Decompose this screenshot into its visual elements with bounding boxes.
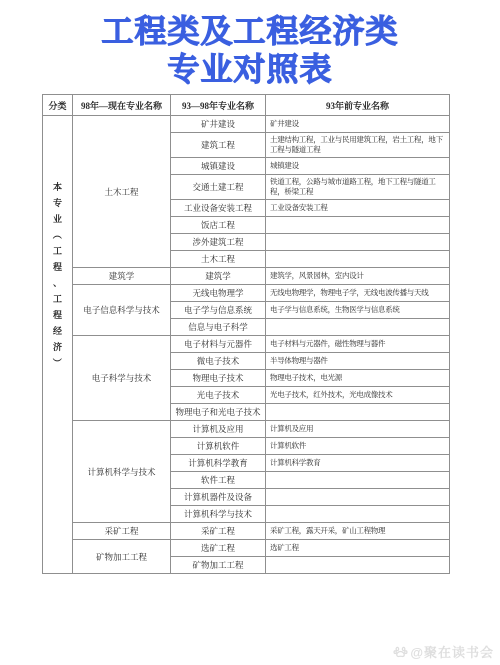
major-93-98-cell: 物理电子技术: [171, 370, 266, 387]
major-pre-93-cell: [266, 319, 450, 336]
current-major-cell: 矿物加工工程: [73, 540, 171, 574]
major-93-98-cell: 矿井建设: [171, 116, 266, 133]
major-pre-93-cell: [266, 404, 450, 421]
major-pre-93-cell: 电子材料与元器件，磁性物理与器件: [266, 336, 450, 353]
major-pre-93-cell: [266, 472, 450, 489]
page-title-line2: 专业对照表: [0, 50, 500, 88]
watermark-text: @聚在读书会: [410, 642, 494, 661]
major-pre-93-cell: 无线电物理学，物理电子学，无线电波传播与天线: [266, 285, 450, 302]
major-93-98-cell: 计算机科学与技术: [171, 506, 266, 523]
page-title-line1: 工程类及工程经济类: [0, 12, 500, 50]
major-93-98-cell: 采矿工程: [171, 523, 266, 540]
major-93-98-cell: 电子材料与元器件: [171, 336, 266, 353]
table-row: 电子科学与技术电子材料与元器件电子材料与元器件，磁性物理与器件: [43, 336, 450, 353]
table-row: 本专业（工程、工程经济）土木工程矿井建设矿井建设: [43, 116, 450, 133]
major-93-98-cell: 城镇建设: [171, 158, 266, 175]
major-93-98-cell: 电子学与信息系统: [171, 302, 266, 319]
major-93-98-cell: 矿物加工工程: [171, 557, 266, 574]
watermark: @聚在读书会: [393, 642, 494, 661]
col-header-93-98: 93—98年专业名称: [171, 95, 266, 116]
major-pre-93-cell: 计算机科学教育: [266, 455, 450, 472]
major-93-98-cell: 光电子技术: [171, 387, 266, 404]
major-93-98-cell: 建筑工程: [171, 133, 266, 158]
major-pre-93-cell: 电子学与信息系统，生物医学与信息系统: [266, 302, 450, 319]
major-93-98-cell: 土木工程: [171, 251, 266, 268]
major-pre-93-cell: [266, 234, 450, 251]
major-93-98-cell: 计算机科学教育: [171, 455, 266, 472]
major-pre-93-cell: 铁道工程，公路与城市道路工程，地下工程与隧道工程，桥梁工程: [266, 175, 450, 200]
current-major-cell: 计算机科学与技术: [73, 421, 171, 523]
major-93-98-cell: 计算机及应用: [171, 421, 266, 438]
major-pre-93-cell: 工业设备安装工程: [266, 200, 450, 217]
major-pre-93-cell: 建筑学，风景园林，室内设计: [266, 268, 450, 285]
col-header-current: 98年—现在专业名称: [73, 95, 171, 116]
major-pre-93-cell: [266, 251, 450, 268]
major-93-98-cell: 交通土建工程: [171, 175, 266, 200]
category-vertical-label: 本专业（工程、工程经济）: [43, 180, 72, 369]
category-cell: 本专业（工程、工程经济）: [43, 116, 73, 574]
major-pre-93-cell: 城镇建设: [266, 158, 450, 175]
major-pre-93-cell: [266, 506, 450, 523]
table-row: 建筑学建筑学建筑学，风景园林，室内设计: [43, 268, 450, 285]
header-row: 分类 98年—现在专业名称 93—98年专业名称 93年前专业名称: [43, 95, 450, 116]
major-93-98-cell: 饭店工程: [171, 217, 266, 234]
paw-icon: [393, 644, 408, 659]
major-93-98-cell: 物理电子和光电子技术: [171, 404, 266, 421]
major-pre-93-cell: 矿井建设: [266, 116, 450, 133]
table-row: 采矿工程采矿工程采矿工程，露天开采，矿山工程物理: [43, 523, 450, 540]
major-93-98-cell: 建筑学: [171, 268, 266, 285]
current-major-cell: 建筑学: [73, 268, 171, 285]
major-93-98-cell: 微电子技术: [171, 353, 266, 370]
table-row: 计算机科学与技术计算机及应用计算机及应用: [43, 421, 450, 438]
major-pre-93-cell: 采矿工程，露天开采，矿山工程物理: [266, 523, 450, 540]
current-major-cell: 采矿工程: [73, 523, 171, 540]
major-93-98-cell: 选矿工程: [171, 540, 266, 557]
major-pre-93-cell: 计算机及应用: [266, 421, 450, 438]
major-93-98-cell: 涉外建筑工程: [171, 234, 266, 251]
major-93-98-cell: 工业设备安装工程: [171, 200, 266, 217]
major-pre-93-cell: 计算机软件: [266, 438, 450, 455]
major-93-98-cell: 无线电物理学: [171, 285, 266, 302]
major-pre-93-cell: 土建结构工程，工业与民用建筑工程，岩土工程，地下工程与隧道工程: [266, 133, 450, 158]
major-93-98-cell: 软件工程: [171, 472, 266, 489]
col-header-pre-93: 93年前专业名称: [266, 95, 450, 116]
major-pre-93-cell: 半导体物理与器件: [266, 353, 450, 370]
major-pre-93-cell: 选矿工程: [266, 540, 450, 557]
major-pre-93-cell: [266, 557, 450, 574]
major-pre-93-cell: 光电子技术，红外技术，光电成像技术: [266, 387, 450, 404]
current-major-cell: 电子信息科学与技术: [73, 285, 171, 336]
table-row: 电子信息科学与技术无线电物理学无线电物理学，物理电子学，无线电波传播与天线: [43, 285, 450, 302]
table-row: 矿物加工工程选矿工程选矿工程: [43, 540, 450, 557]
major-pre-93-cell: 物理电子技术，电光源: [266, 370, 450, 387]
table-body: 本专业（工程、工程经济）土木工程矿井建设矿井建设建筑工程土建结构工程，工业与民用…: [43, 116, 450, 574]
major-93-98-cell: 信息与电子科学: [171, 319, 266, 336]
current-major-cell: 电子科学与技术: [73, 336, 171, 421]
col-header-category: 分类: [43, 95, 73, 116]
page-title: 工程类及工程经济类 专业对照表: [0, 0, 500, 88]
major-pre-93-cell: [266, 489, 450, 506]
comparison-table: 分类 98年—现在专业名称 93—98年专业名称 93年前专业名称 本专业（工程…: [42, 94, 450, 574]
major-pre-93-cell: [266, 217, 450, 234]
current-major-cell: 土木工程: [73, 116, 171, 268]
major-93-98-cell: 计算机软件: [171, 438, 266, 455]
major-93-98-cell: 计算机器件及设备: [171, 489, 266, 506]
